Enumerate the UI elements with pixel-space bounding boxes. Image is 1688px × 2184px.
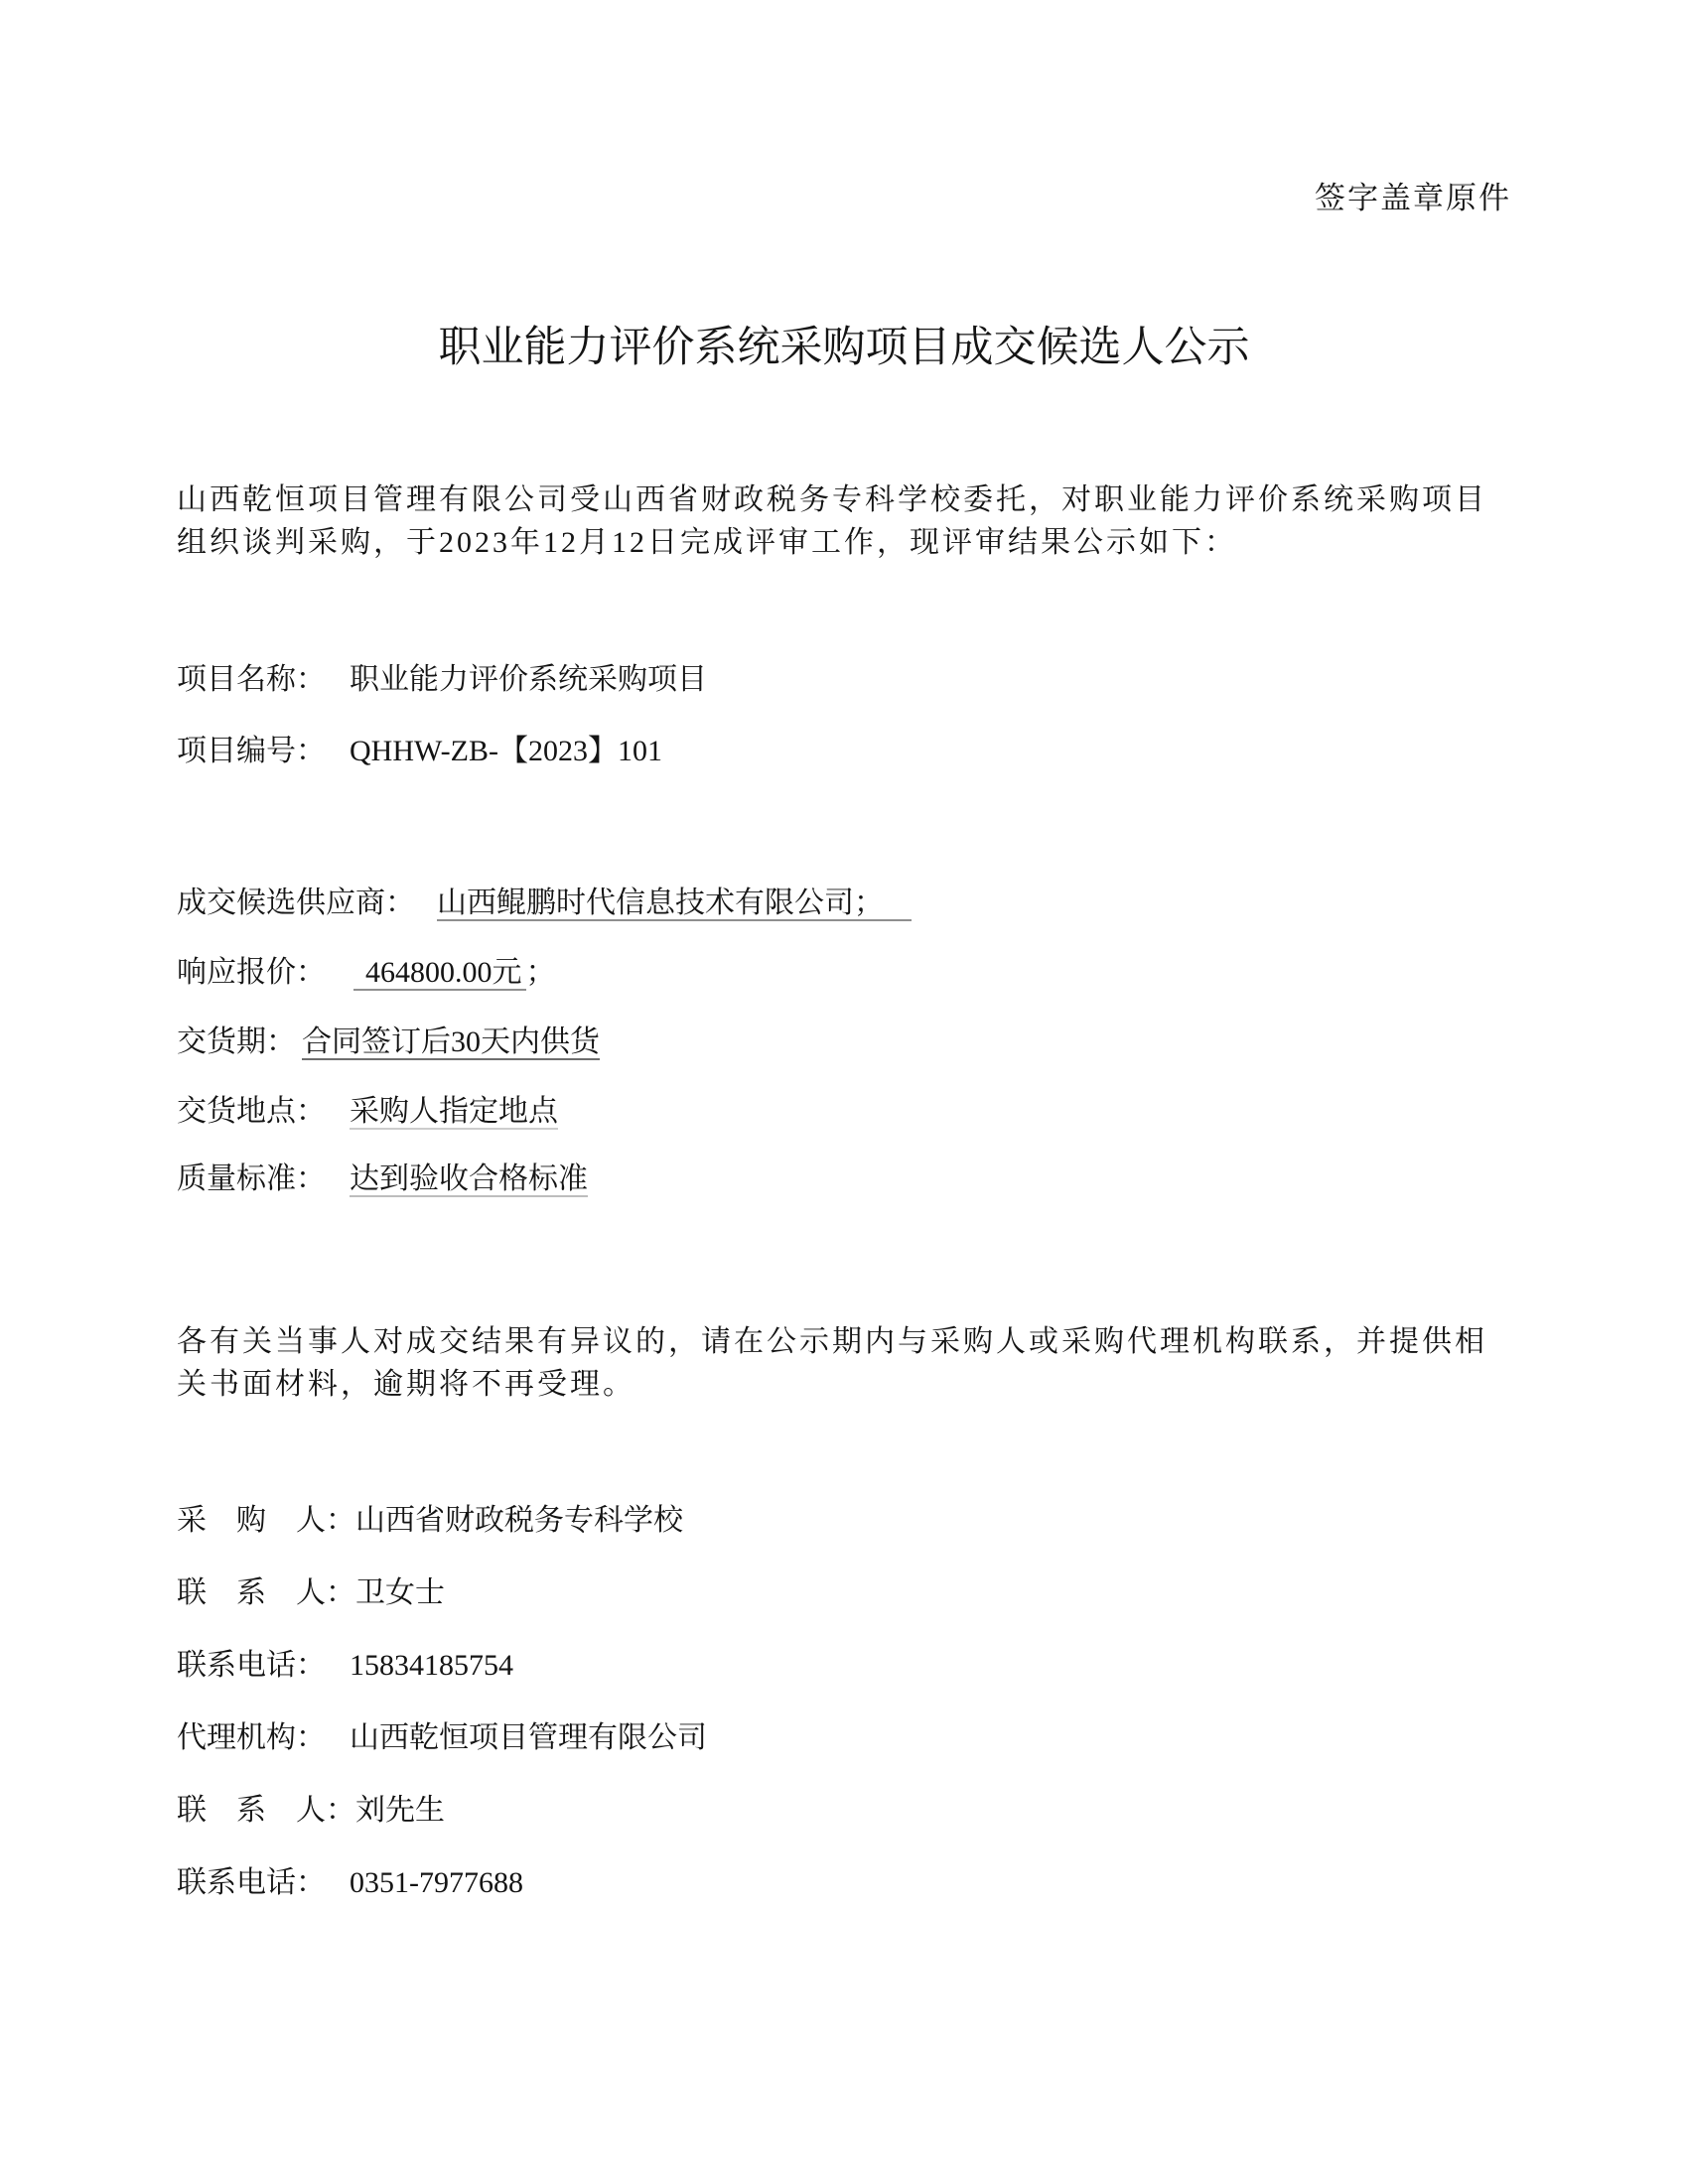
supplier-value: 山西鲲鹏时代信息技术有限公司；	[437, 887, 912, 921]
project-name-label: 项目名称：	[177, 658, 350, 701]
quality-value: 达到验收合格标准	[350, 1162, 588, 1197]
objection-line-2: 关书面材料，逾期将不再受理。	[177, 1363, 1511, 1406]
quality-label: 质量标准：	[177, 1158, 350, 1200]
contact-value: 15834185754	[350, 1649, 513, 1682]
project-name-value: 职业能力评价系统采购项目	[350, 663, 707, 696]
price-row: 响应报价：464800.00元；	[177, 951, 1511, 994]
project-number-value: QHHW-ZB-【2023】101	[350, 735, 662, 767]
location-row: 交货地点：采购人指定地点	[177, 1090, 1511, 1133]
delivery-label: 交货期：	[177, 1021, 296, 1063]
project-number-row: 项目编号：QHHW-ZB-【2023】101	[177, 730, 1511, 772]
contact-label: 代理机构：	[177, 1716, 350, 1759]
location-label: 交货地点：	[177, 1090, 350, 1133]
quality-row: 质量标准：达到验收合格标准	[177, 1158, 1511, 1200]
document-title: 职业能力评价系统采购项目成交候选人公示	[177, 323, 1511, 374]
contact-row-purchaser: 采 购 人：山西省财政税务专科学校	[177, 1499, 1511, 1542]
objection-paragraph: 各有关当事人对成交结果有异议的，请在公示期内与采购人或采购代理机构联系，并提供相…	[177, 1320, 1511, 1406]
delivery-value: 合同签订后30天内供货	[302, 1025, 600, 1060]
document-page: 签字盖章原件 职业能力评价系统采购项目成交候选人公示 山西乾恒项目管理有限公司受…	[0, 0, 1688, 2184]
intro-line-1: 山西乾恒项目管理有限公司受山西省财政税务专科学校委托，对职业能力评价系统采购项目	[177, 478, 1511, 521]
contact-row-purchaser-person: 联 系 人：卫女士	[177, 1571, 1511, 1614]
contact-label: 采 购 人：	[177, 1499, 355, 1542]
corner-note: 签字盖章原件	[177, 177, 1511, 219]
project-number-label: 项目编号：	[177, 730, 350, 772]
contact-value: 山西省财政税务专科学校	[355, 1504, 683, 1537]
contact-label: 联 系 人：	[177, 1571, 355, 1614]
intro-line-2: 组织谈判采购，于2023年12月12日完成评审工作，现评审结果公示如下：	[177, 521, 1511, 564]
contact-row-agency-phone: 联系电话：0351-7977688	[177, 1861, 1511, 1904]
intro-paragraph: 山西乾恒项目管理有限公司受山西省财政税务专科学校委托，对职业能力评价系统采购项目…	[177, 478, 1511, 564]
contact-row-agency-person: 联 系 人：刘先生	[177, 1789, 1511, 1832]
price-label: 响应报价：	[177, 951, 350, 994]
price-suffix: ；	[526, 956, 556, 989]
delivery-row: 交货期：合同签订后30天内供货	[177, 1021, 1511, 1063]
project-name-row: 项目名称：职业能力评价系统采购项目	[177, 658, 1511, 701]
contact-value: 卫女士	[355, 1576, 445, 1609]
location-value: 采购人指定地点	[350, 1095, 558, 1130]
supplier-row: 成交候选供应商：山西鲲鹏时代信息技术有限公司；	[177, 882, 1511, 924]
contact-value: 0351-7977688	[350, 1866, 523, 1899]
contact-row-agency: 代理机构：山西乾恒项目管理有限公司	[177, 1716, 1511, 1759]
contact-value: 山西乾恒项目管理有限公司	[350, 1721, 707, 1754]
price-value: 464800.00元	[353, 956, 526, 991]
contact-row-purchaser-phone: 联系电话：15834185754	[177, 1644, 1511, 1687]
contact-label: 联系电话：	[177, 1644, 350, 1687]
objection-line-1: 各有关当事人对成交结果有异议的，请在公示期内与采购人或采购代理机构联系，并提供相	[177, 1320, 1511, 1363]
supplier-label: 成交候选供应商：	[177, 882, 415, 924]
contact-label: 联 系 人：	[177, 1789, 355, 1832]
contact-value: 刘先生	[355, 1794, 445, 1827]
contact-label: 联系电话：	[177, 1861, 350, 1904]
